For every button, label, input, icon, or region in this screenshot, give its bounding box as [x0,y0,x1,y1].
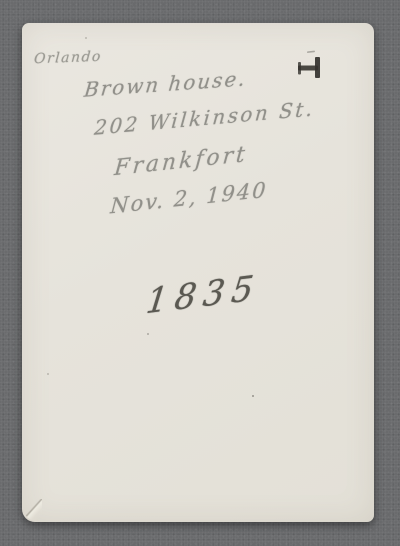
dust-speck [47,373,49,375]
corner-fold-crease [24,499,42,521]
dust-speck [85,37,87,39]
handwriting-city: Frankfort [113,142,249,181]
handwriting-date: Nov. 2, 1940 [110,178,269,219]
photo-back-card: Orlando Brown house. 202 Wilkinson St. F… [22,23,374,522]
sideways-numeral-1-stamp-icon [296,49,324,79]
handwriting-number: 1835 [144,268,263,323]
handwriting-address: 202 Wilkinson St. [93,96,315,140]
photo-scan: Orlando Brown house. 202 Wilkinson St. F… [0,0,400,546]
handwriting-caption: Brown house. [83,66,248,102]
dust-speck [147,333,149,335]
handwriting-corner-note: Orlando [33,49,102,67]
dust-speck [252,395,254,397]
